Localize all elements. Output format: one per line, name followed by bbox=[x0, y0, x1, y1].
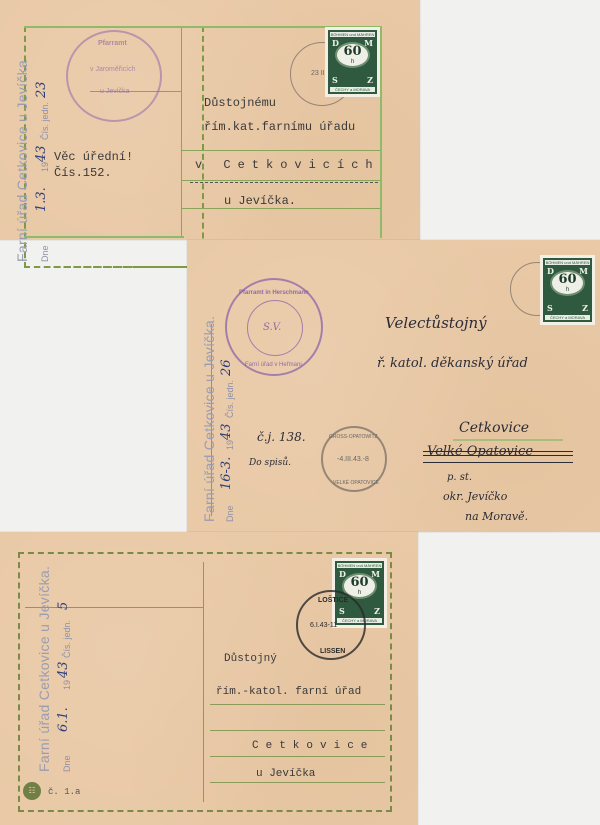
ref-label: Čís. jedn. bbox=[40, 102, 50, 140]
year-value: 43 bbox=[219, 423, 234, 440]
address-line: okr. Jevíčko bbox=[443, 490, 507, 503]
reference-note: č.j. 138. bbox=[257, 430, 306, 444]
green-underline bbox=[453, 439, 563, 441]
frame-right bbox=[380, 28, 382, 238]
strike-line bbox=[423, 451, 573, 452]
address-dash bbox=[190, 182, 378, 183]
date-value: 6.1. bbox=[56, 707, 71, 732]
postcard-1: Farní úřad Cetkovice u Jevíčka Dne 1.3. … bbox=[0, 0, 420, 240]
address-line bbox=[181, 208, 381, 209]
postmark: GROSS-OPATOWITZ -4.III.43.-8 VELKÉ OPATO… bbox=[321, 426, 387, 492]
year-value: 43 bbox=[56, 661, 71, 678]
address-line: na Moravě. bbox=[465, 510, 528, 523]
address-line: Důstojný bbox=[224, 653, 277, 665]
address-line: Velectůstojný bbox=[385, 314, 487, 332]
address-line: Důstojnému bbox=[204, 96, 276, 110]
date-label: Dne bbox=[62, 755, 72, 772]
ref-label: Čís. jedn. bbox=[62, 620, 72, 658]
sender-imprint: Farní úřad Cetkovice u Jevíčka. bbox=[36, 566, 52, 772]
address-line bbox=[210, 730, 385, 731]
address-line: p. st. bbox=[447, 472, 472, 483]
date-value: 1.3. bbox=[34, 187, 49, 212]
strike-line bbox=[423, 455, 573, 456]
body-line: Čís.152. bbox=[54, 166, 112, 180]
year-prefix: 19 bbox=[40, 162, 50, 172]
address-line: u Jevíčka. bbox=[224, 194, 296, 208]
address-line: v Cetkovicích bbox=[195, 158, 380, 172]
parish-seal: Pfarramt v Jaroměřicích u Jevíčka bbox=[66, 30, 162, 122]
body-line: Věc úřední! bbox=[54, 150, 133, 164]
date-value: 16-3. bbox=[219, 457, 234, 490]
year-prefix: 19 bbox=[225, 440, 235, 450]
year-prefix: 19 bbox=[62, 680, 72, 690]
address-divider bbox=[181, 28, 182, 238]
postcard-3: Farní úřad Cetkovice u Jevíčka. Dne 6.1.… bbox=[0, 532, 418, 825]
postmark: LOŠTICE 6.I.43-11 LISSEN bbox=[296, 590, 366, 660]
address-line bbox=[210, 756, 385, 757]
parish-seal: Pfarramt in Herschmann S.V. Farní úřad v… bbox=[225, 278, 323, 376]
address-line: Cetkovice bbox=[459, 420, 529, 436]
address-line: ř. katol. děkanský úřad bbox=[377, 356, 528, 371]
ref-value: 23 bbox=[34, 81, 49, 98]
postage-stamp: BÖHMEN und MÄHREN D M 60h S Z ČECHY a MO… bbox=[540, 255, 595, 325]
sender-imprint: Farní úřad Cetkovice u Jevíčka. bbox=[201, 316, 217, 522]
address-divider bbox=[203, 562, 204, 802]
sender-imprint: Farní úřad Cetkovice u Jevíčka bbox=[14, 60, 30, 262]
publisher-logo-icon: ☷ bbox=[23, 782, 41, 800]
filing-note: Do spisů. bbox=[249, 458, 291, 468]
address-line: u Jevíčka bbox=[256, 768, 315, 780]
address-line: řím.-katol. farní úřad bbox=[216, 686, 361, 698]
postcard-2: Farní úřad Cetkovice u Jevíčka. Dne 16-3… bbox=[187, 240, 600, 532]
address-line bbox=[210, 782, 385, 783]
frame-bottom bbox=[24, 236, 184, 238]
date-label: Dne bbox=[225, 505, 235, 522]
date-label: Dne bbox=[40, 245, 50, 262]
ref-label: Čís. jedn. bbox=[225, 380, 235, 418]
address-line bbox=[181, 180, 381, 181]
postage-stamp: BÖHMEN und MÄHREN D M 60h S Z ČECHY a MO… bbox=[325, 27, 380, 97]
ref-value: 26 bbox=[219, 359, 234, 376]
address-line bbox=[181, 150, 381, 151]
form-number: č. 1.a bbox=[48, 787, 80, 797]
address-line bbox=[210, 704, 385, 705]
year-value: 43 bbox=[34, 145, 49, 162]
strike-line bbox=[423, 462, 573, 463]
ref-value: 5 bbox=[56, 602, 71, 610]
address-line: Cetkovice bbox=[252, 740, 374, 752]
address-line: řím.kat.farnímu úřadu bbox=[204, 120, 355, 134]
